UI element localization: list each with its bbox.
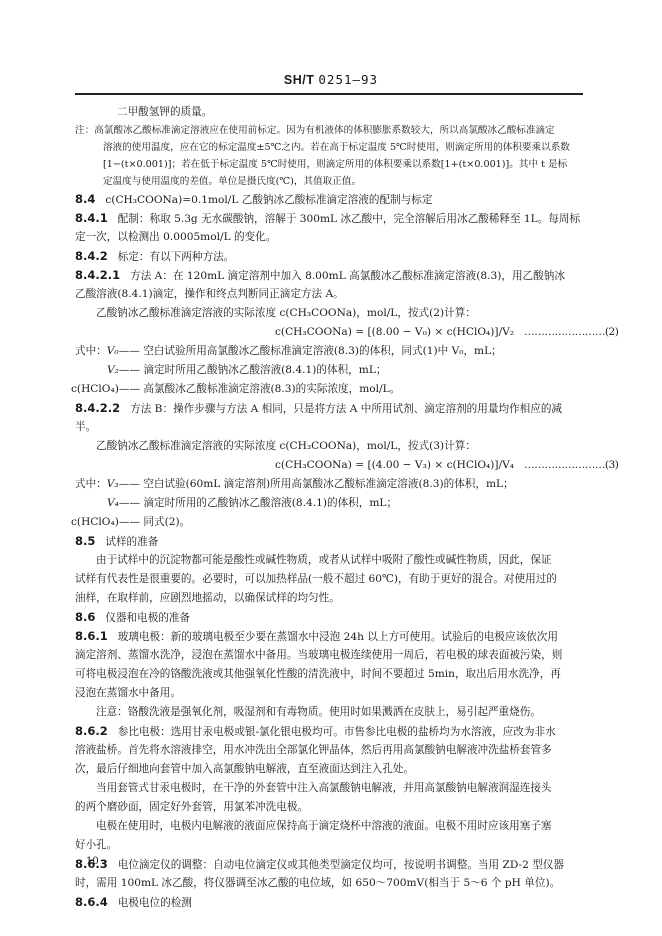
note-line: [1−(t×0.001)]；若在低于标定温度 5℃时使用，则滴定所用的体积要乘以… [75,156,583,173]
variable-definition: 式中：V₃—— 空白试验(60mL 滴定溶剂)所用高氯酸冰乙酸标准滴定溶液(8.… [75,475,583,494]
section-8-5-heading: 8.5试样的准备 [75,532,583,551]
section-8-4-1: 8.4.1配制：称取 5.3g 无水碳酸钠，溶解于 300mL 冰乙酸中，完全溶… [75,209,583,228]
variable-definition: V₂—— 滴定时所用乙酸钠冰乙酸溶液(8.4.1)的体积，mL； [75,361,583,380]
section-title: 试样的准备 [105,536,158,548]
document-body: 二甲酸氢钾的质量。 注：高氯酸冰乙酸标准滴定溶液应在使用前标定。因为有机液体的体… [75,103,583,912]
paragraph-text: 定一次，以检测出 0.0005mol/L 的变化。 [75,228,583,247]
paragraph-text: 滴定溶剂、蒸馏水洗净，浸泡在蒸馏水中备用。当玻璃电极连续使用一周后，若电极的球表… [75,646,583,665]
paragraph-text: 乙酸钠冰乙酸标准滴定溶液的实际浓度 c(CH₃COONa)，mol/L，按式(2… [75,304,583,323]
section-8-6-3: 8.6.3电位滴定仪的调整：自动电位滴定仪或其他类型滴定仪均可，按说明书调整。当… [75,855,583,874]
paragraph-text: 参比电极：选用甘汞电极或银-氯化银电极均可。市售参比电极的盐桥均为水溶液，应改为… [118,726,556,738]
note-line: 溶液的使用温度，应在它的标定温度±5℃之内。若在高于标定温度 5℃时使用，则滴定… [75,139,583,156]
paragraph-text: 乙酸溶液(8.4.1)滴定，操作和终点判断同正滴定方法 A。 [75,285,583,304]
section-number: 8.6.4 [75,893,108,912]
intro-text: 二甲酸氢钾的质量。 [75,103,583,122]
variable-desc: —— 同式(2)。 [119,516,190,528]
variable-definition: c(HClO₄)—— 高氯酸冰乙酸标准滴定溶液(8.3)的实际浓度，mol/L。 [71,380,583,399]
formula-3: c(CH₃COONa) = [(4.00 − V₃) × c(HClO₄)]/V… [75,456,583,475]
section-number: 8.6.2 [75,722,108,741]
formula-number: ……………………(3) [524,459,618,471]
section-8-6-2: 8.6.2参比电极：选用甘汞电极或银-氯化银电极均可。市售参比电极的盐桥均为水溶… [75,722,583,741]
section-8-6-4-heading: 8.6.4电极电位的检测 [75,893,583,912]
where-label: 式中： [75,345,107,357]
paragraph-text: 半。 [75,418,583,437]
formula-number: ……………………(2) [524,326,618,338]
section-number: 8.4.2.2 [75,399,120,418]
paragraph-text: 电极在使用时，电极内电解液的液面应保持高于滴定烧杯中溶液的液面。电极不用时应该用… [75,817,583,836]
variable-symbol: V₀ [107,345,119,357]
paragraph-text: 溶液盐桥。首先将水溶液排空，用水冲洗出全部氯化钾晶体，然后再用高氯酸钠电解液冲洗… [75,741,583,760]
formula-2: c(CH₃COONa) = [(8.00 − V₀) × c(HClO₄)]/V… [75,323,583,342]
paragraph-text: 油样，在取样前，应剧烈地摇动，以确保试样的均匀性。 [75,589,583,608]
variable-desc: —— 滴定时所用乙酸钠冰乙酸溶液(8.4.1)的体积，mL； [119,364,387,376]
variable-symbol: V₂ [107,364,119,376]
header-rule [75,93,583,95]
section-8-6-heading: 8.6仪器和电极的准备 [75,608,583,627]
paragraph-text: 玻璃电极：新的玻璃电极至少要在蒸馏水中浸泡 24h 以上方可使用。试验后的电极应… [118,631,558,643]
note-block: 注：高氯酸冰乙酸标准滴定溶液应在使用前标定。因为有机液体的体积膨胀系数较大，所以… [75,122,583,190]
section-number: 8.6 [75,608,95,627]
section-number: 8.6.1 [75,627,108,646]
paragraph-text: 方法 A：在 120mL 滴定溶剂中加入 8.00mL 高氯酸冰乙酸标准滴定溶液… [130,270,565,282]
variable-symbol: V₃ [107,478,119,490]
document-page: SH/T 0251—93 二甲酸氢钾的质量。 注：高氯酸冰乙酸标准滴定溶液应在使… [0,0,662,936]
section-title: 仪器和电极的准备 [105,612,190,624]
paragraph-text: 可将电极浸泡在冷的铬酸洗液或其他强氧化性酸的清洗液中，时间不要超过 5min，取… [75,665,583,684]
standard-code: 0251—93 [318,72,378,87]
section-number: 8.4 [75,190,95,209]
section-8-4-2-2: 8.4.2.2方法 B：操作步骤与方法 A 相同，只是将方法 A 中所用试剂、滴… [75,399,583,418]
where-label: 式中： [75,478,107,490]
section-number: 8.4.1 [75,209,108,228]
paragraph-text: 的两个磨砂面，固定好外套管，用氯苯冲洗电极。 [75,798,583,817]
standard-prefix: SH/T [284,73,314,87]
variable-symbol: c(HClO₄) [71,516,119,528]
note-line: 定温度与使用温度的差值。单位是摄氏度(℃)，其值取正值。 [75,173,583,190]
paragraph-text: 方法 B：操作步骤与方法 A 相同，只是将方法 A 中所用试剂、滴定溶剂的用量均… [130,403,562,415]
paragraph-text: 好小孔。 [75,836,583,855]
section-8-6-1: 8.6.1玻璃电极：新的玻璃电极至少要在蒸馏水中浸泡 24h 以上方可使用。试验… [75,627,583,646]
paragraph-text: 乙酸钠冰乙酸标准滴定溶液的实际浓度 c(CH₃COONa)，mol/L，按式(3… [75,437,583,456]
paragraph-text: 次，最后仔细地向套管中加入高氯酸钠电解液，直至液面达到注入孔处。 [75,760,583,779]
section-8-4-2: 8.4.2标定：有以下两种方法。 [75,247,583,266]
variable-symbol: V₄ [107,497,119,509]
variable-desc: —— 空白试验所用高氯酸冰乙酸标准滴定溶液(8.3)的体积，同式(1)中 V₀，… [119,345,502,357]
paragraph-text: 标定：有以下两种方法。 [118,251,235,263]
page-header: SH/T 0251—93 [0,72,662,87]
formula-expression: c(CH₃COONa) = [(4.00 − V₃) × c(HClO₄)]/V… [275,459,514,471]
note-line: 高氯酸冰乙酸标准滴定溶液应在使用前标定。因为有机液体的体积膨胀系数较大，所以高氯… [94,125,555,136]
section-number: 8.5 [75,532,95,551]
variable-symbol: c(HClO₄) [71,383,119,395]
page-number: 10 [86,856,99,867]
paragraph-text: 由于试样中的沉淀物都可能是酸性或碱性物质，或者从试样中吸附了酸性或碱性物质，因此… [75,551,583,570]
variable-definition: 式中：V₀—— 空白试验所用高氯酸冰乙酸标准滴定溶液(8.3)的体积，同式(1)… [75,342,583,361]
paragraph-text: 浸泡在蒸馏水中备用。 [75,684,583,703]
section-title: 电极电位的检测 [118,897,192,909]
paragraph-text: 电位滴定仪的调整：自动电位滴定仪或其他类型滴定仪均可，按说明书调整。当用 ZD-… [118,859,564,871]
variable-definition: V₄—— 滴定时所用的乙酸钠冰乙酸溶液(8.4.1)的体积，mL； [75,494,583,513]
variable-desc: —— 高氯酸冰乙酸标准滴定溶液(8.3)的实际浓度，mol/L。 [119,383,400,395]
section-number: 8.4.2.1 [75,266,120,285]
variable-desc: —— 空白试验(60mL 滴定溶剂)所用高氯酸冰乙酸标准滴定溶液(8.3)的体积… [119,478,514,490]
variable-desc: —— 滴定时所用的乙酸钠冰乙酸溶液(8.4.1)的体积，mL； [119,497,397,509]
section-8-4-heading: 8.4c(CH₃COONa)=0.1mol/L 乙酸钠冰乙酸标准滴定溶液的配制与… [75,190,583,209]
section-title: c(CH₃COONa)=0.1mol/L 乙酸钠冰乙酸标准滴定溶液的配制与标定 [105,194,432,206]
section-8-4-2-1: 8.4.2.1方法 A：在 120mL 滴定溶剂中加入 8.00mL 高氯酸冰乙… [75,266,583,285]
caution-text: 注意：铬酸洗液是强氧化剂，吸湿剂和有毒物质。使用时如果溅洒在皮肤上，易引起严重烧… [75,703,583,722]
paragraph-text: 配制：称取 5.3g 无水碳酸钠，溶解于 300mL 冰乙酸中，完全溶解后用冰乙… [118,213,580,225]
section-number: 8.4.2 [75,247,108,266]
paragraph-text: 当用套管式甘汞电极时，在干净的外套管中注入高氯酸钠电解液，并用高氯酸钠电解液润湿… [75,779,583,798]
paragraph-text: 时，需用 100mL 冰乙酸，将仪器调至冰乙酸的电位域，如 650～700mV(… [75,874,583,893]
variable-definition: c(HClO₄)—— 同式(2)。 [71,513,583,532]
formula-expression: c(CH₃COONa) = [(8.00 − V₀) × c(HClO₄)]/V… [275,326,514,338]
paragraph-text: 试样有代表性是很重要的。必要时，可以加热样品(一般不超过 60℃)，有助于更好的… [75,570,583,589]
note-label: 注： [75,125,94,136]
